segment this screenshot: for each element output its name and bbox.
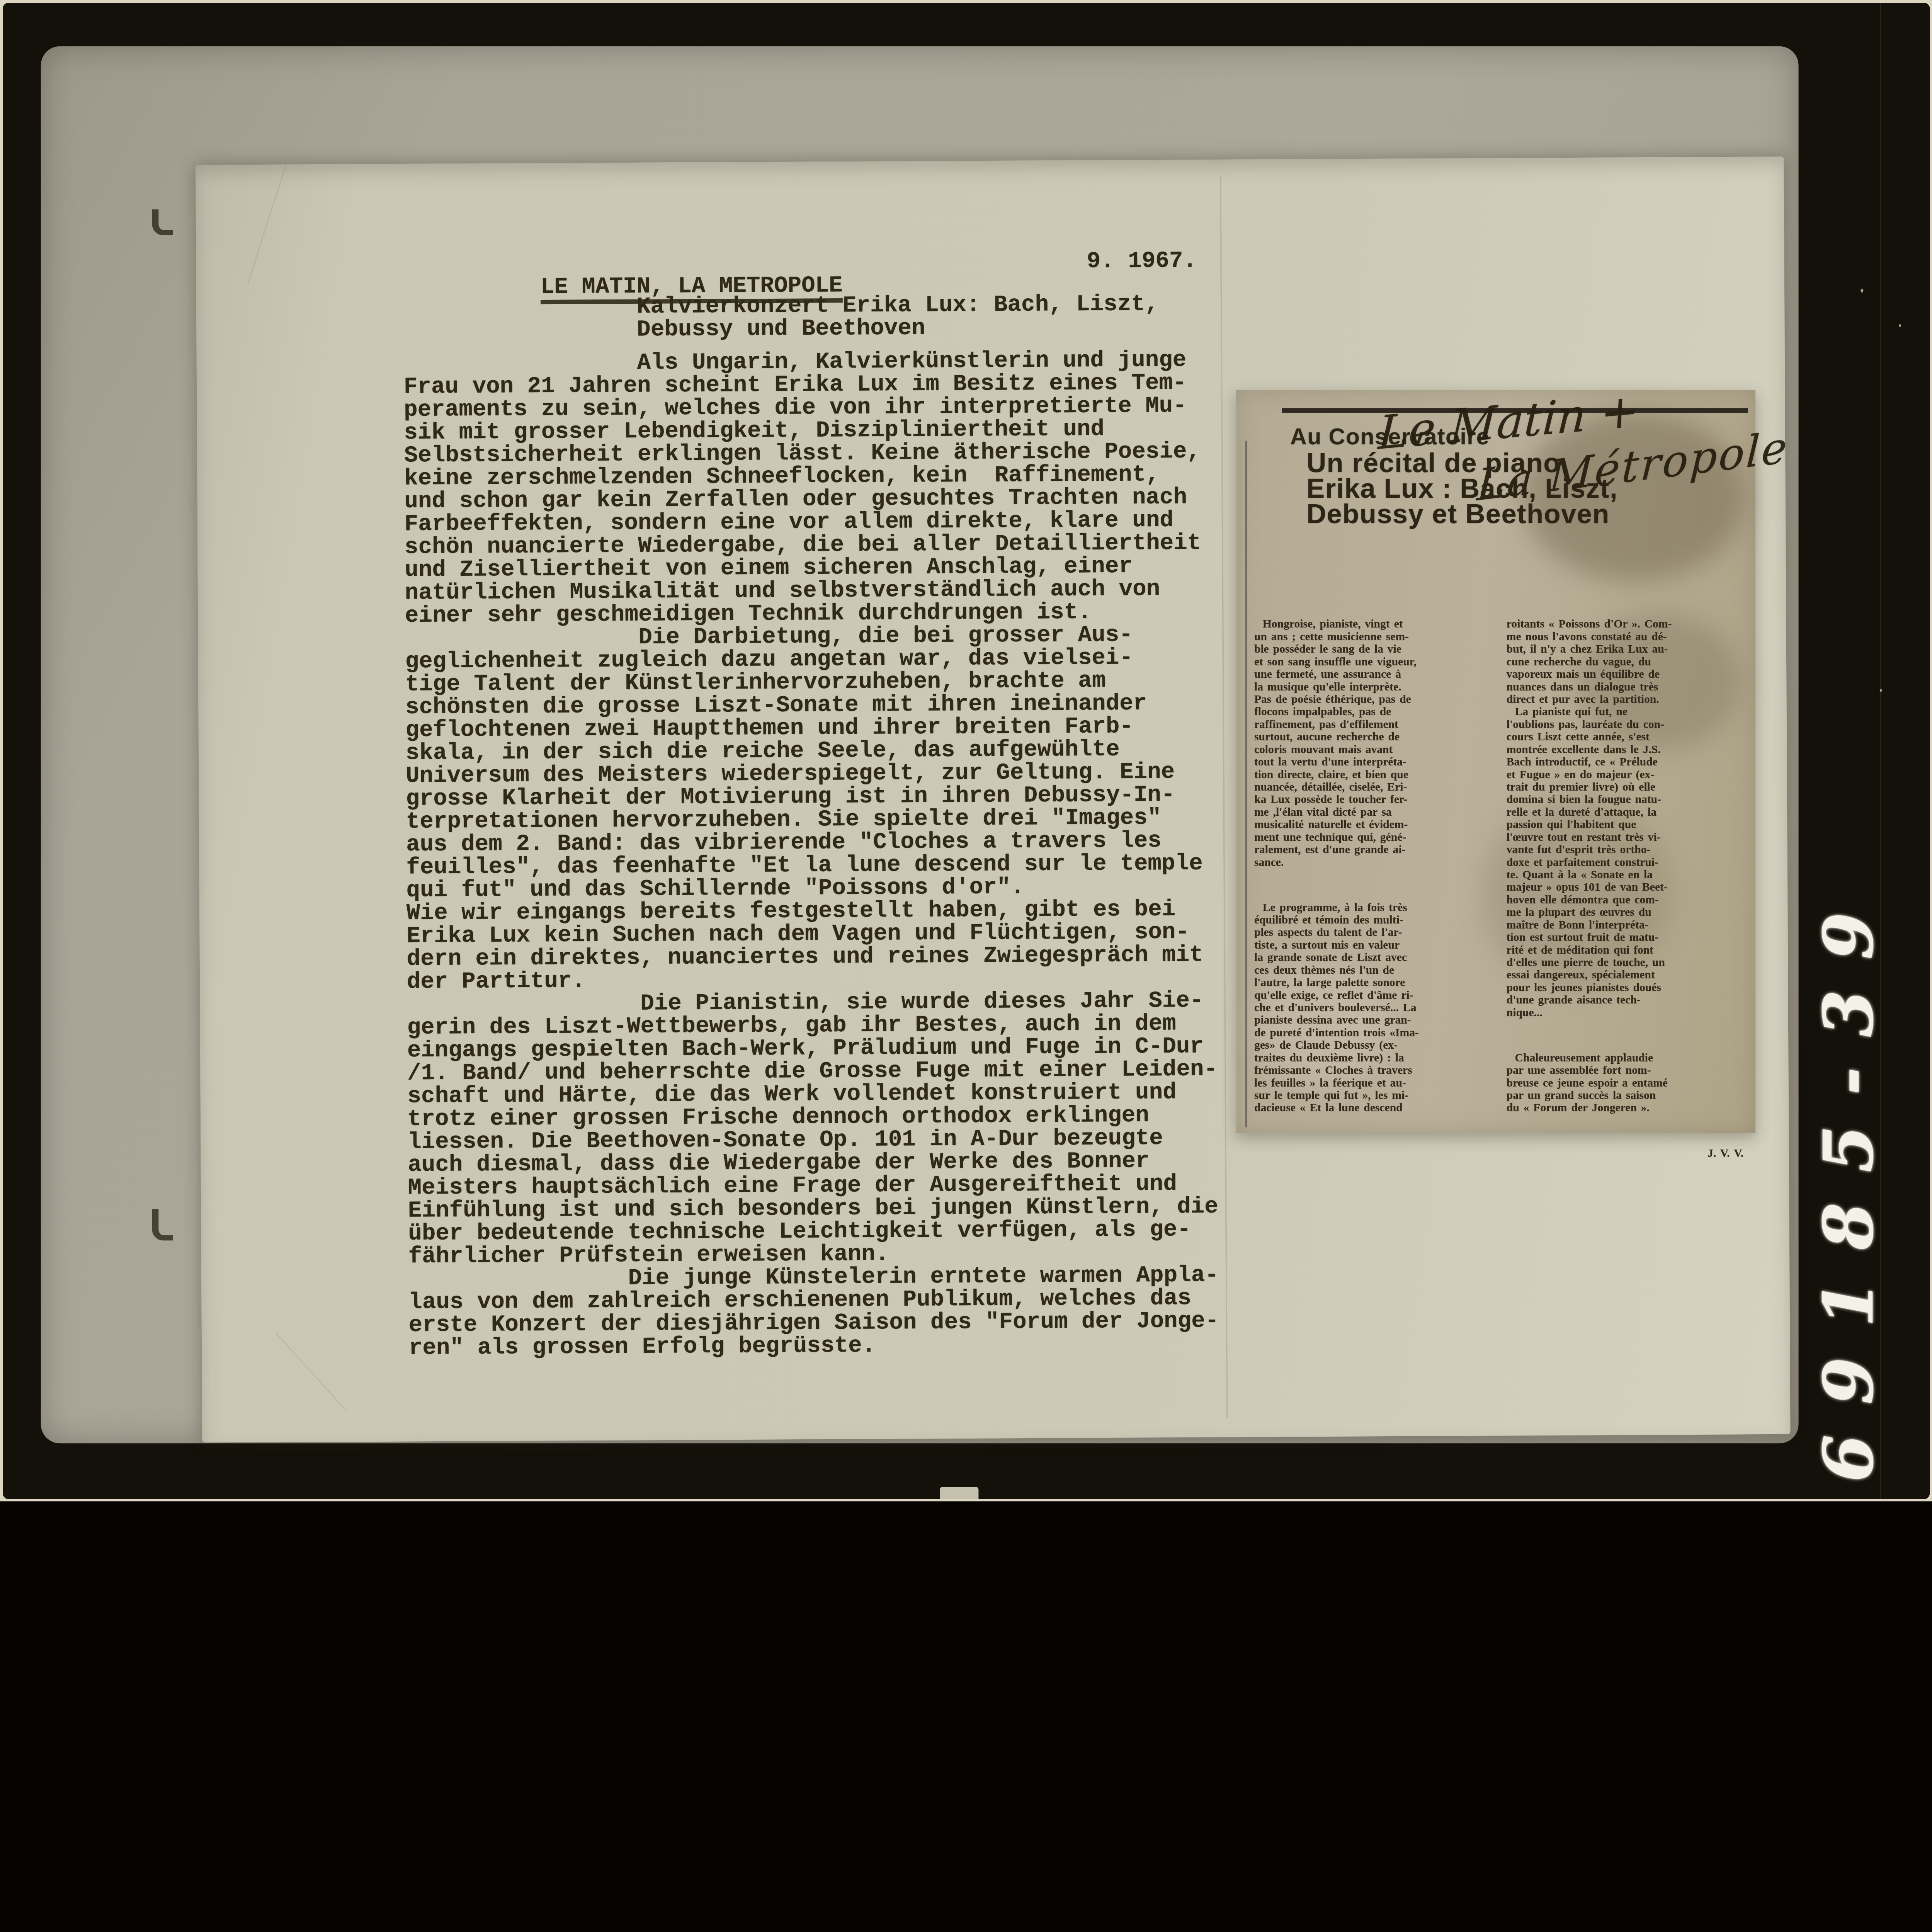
newspaper-clipping: Au Conservatoire Le Matin + La Métropole… (1236, 390, 1755, 1133)
german-paragraph-3: Wie wir eingangs bereits festgestellt ha… (406, 898, 1246, 993)
date-label: 9. 1967. (1087, 250, 1197, 273)
french-paragraph-2: Le programme, à la fois très équilibré e… (1254, 901, 1498, 1114)
french-paragraph-3: roitants « Poissons d'Or ». Com- me nous… (1507, 618, 1752, 1019)
clipping-left-rule (1245, 441, 1247, 1128)
german-paragraph-1: Als Ungarin, Kalvierkünstlerin und junge… (403, 349, 1244, 628)
publication-header-row: LE MATIN, LA METROPOLE 9. 1967. (403, 249, 1275, 281)
dust-speck (1861, 289, 1863, 293)
german-paragraph-4: Die Pianistin, sie wurde dieses Jahr Sie… (407, 989, 1247, 1268)
film-edge-label: 69185-39 (1808, 828, 1888, 1482)
sheet-crease-diagonal (247, 165, 286, 284)
clip-mark-bottom (152, 1209, 173, 1241)
clipping-headline: Un récital de piano Erika Lux : Bach, Li… (1306, 450, 1753, 527)
german-paragraph-2: Die Darbietung, die bei grosser Aus- geg… (405, 623, 1245, 902)
screenshot-root: LE MATIN, LA METROPOLE 9. 1967. Kalvierk… (0, 0, 1932, 1501)
clipping-column-1: Hongroise, pianiste, vingt et un ans ; c… (1254, 593, 1498, 1147)
article-title: Kalvierkonzert Erika Lux: Bach, Liszt, D… (403, 293, 1248, 343)
bottom-notch (940, 1487, 978, 1499)
clip-mark-top (152, 209, 173, 235)
clipping-column-2: roitants « Poissons d'Or ». Com- me nous… (1507, 593, 1752, 1184)
dust-speck (1899, 324, 1901, 327)
french-paragraph-4: Chaleureusement applaudie par une assemb… (1507, 1051, 1752, 1114)
film-frame: LE MATIN, LA METROPOLE 9. 1967. Kalvierk… (3, 3, 1930, 1499)
french-paragraph-1: Hongroise, pianiste, vingt et un ans ; c… (1254, 618, 1498, 869)
scan-board: LE MATIN, LA METROPOLE 9. 1967. Kalvierk… (41, 46, 1799, 1443)
clipping-byline: J. V. V. (1507, 1147, 1752, 1159)
typed-article-body: Als Ungarin, Kalvierkünstlerin und junge… (403, 349, 1248, 1360)
german-paragraph-5: Die junge Künstelerin erntete warmen App… (408, 1264, 1248, 1360)
sheet-corner-fold (275, 1332, 345, 1410)
dust-speck (1880, 689, 1882, 692)
